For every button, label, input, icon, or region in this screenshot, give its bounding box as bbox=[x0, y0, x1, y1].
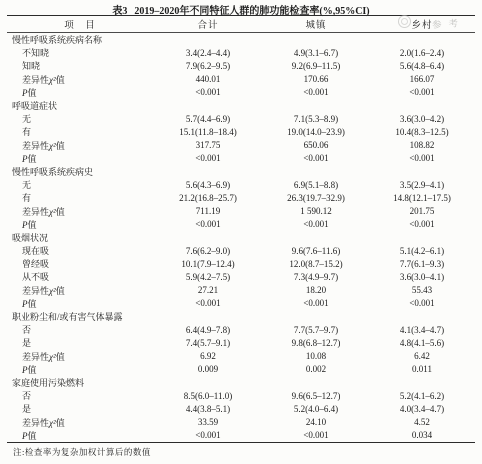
cell-value: 33.59 bbox=[153, 417, 263, 427]
section-header-row: 慢性呼吸系统疾病名称 bbox=[7, 33, 475, 46]
table-row: 知晓7.9(6.2–9.5)9.2(6.9–11.5)5.6(4.8–6.4) bbox=[7, 59, 475, 72]
cell-value: 0.009 bbox=[153, 364, 263, 374]
cell-value: 4.1(3.4–4.7) bbox=[369, 325, 475, 335]
table-row: 是7.4(5.7–9.1)9.8(6.8–12.7)4.8(4.1–5.6) bbox=[7, 336, 475, 349]
row-label: P值 bbox=[7, 363, 153, 376]
section-header-row: 家庭使用污染燃料 bbox=[7, 376, 475, 389]
row-label: 从不吸 bbox=[7, 270, 153, 283]
cell-value: 6.9(5.1–8.8) bbox=[263, 180, 369, 190]
cell-value: 10.4(8.3–12.5) bbox=[369, 127, 475, 137]
row-label: 是 bbox=[7, 402, 153, 415]
cell-value: 9.8(6.8–12.7) bbox=[263, 338, 369, 348]
cell-value: 7.3(4.9–9.7) bbox=[263, 272, 369, 282]
cell-value: 5.6(4.8–6.4) bbox=[369, 61, 475, 71]
cell-value: <0.001 bbox=[153, 219, 263, 229]
cell-value: 9.6(7.6–11.6) bbox=[263, 246, 369, 256]
row-label: 无 bbox=[7, 178, 153, 191]
row-label: 差异性χ²值 bbox=[7, 416, 153, 429]
row-label: 无 bbox=[7, 112, 153, 125]
section-label: 家庭使用污染燃料 bbox=[7, 376, 153, 389]
cell-value: 10.08 bbox=[263, 351, 369, 361]
column-header-urban: 城镇 bbox=[263, 17, 369, 31]
cell-value: 5.2(4.1–6.2) bbox=[369, 391, 475, 401]
cell-value: 5.6(4.3–6.9) bbox=[153, 180, 263, 190]
cell-value: 18.20 bbox=[263, 285, 369, 295]
table-footnote: 注:检查率为复杂加权计算后的数值 bbox=[13, 446, 151, 458]
row-label: 有 bbox=[7, 191, 153, 204]
cell-value: 27.21 bbox=[153, 285, 263, 295]
cell-value: 10.1(7.9–12.4) bbox=[153, 259, 263, 269]
cell-value: 14.8(12.1–17.5) bbox=[369, 193, 475, 203]
section-header-row: 职业粉尘和/或有害气体暴露 bbox=[7, 310, 475, 323]
cell-value: 4.8(4.1–5.6) bbox=[369, 338, 475, 348]
cell-value: 15.1(11.8–18.4) bbox=[153, 127, 263, 137]
cell-value: <0.001 bbox=[153, 298, 263, 308]
table-row: 不知晓3.4(2.4–4.4)4.9(3.1–6.7)2.0(1.6–2.4) bbox=[7, 46, 475, 59]
row-label: 差异性χ²值 bbox=[7, 284, 153, 297]
cell-value: 5.9(4.2–7.5) bbox=[153, 272, 263, 282]
table-row: 无5.6(4.3–6.9)6.9(5.1–8.8)3.5(2.9–4.1) bbox=[7, 178, 475, 191]
cell-value: 55.43 bbox=[369, 285, 475, 295]
section-label: 职业粉尘和/或有害气体暴露 bbox=[7, 310, 153, 323]
table-row: 否6.4(4.9–7.8)7.7(5.7–9.7)4.1(3.4–4.7) bbox=[7, 323, 475, 336]
row-label: 不知晓 bbox=[7, 46, 153, 59]
cell-value: 7.7(5.7–9.7) bbox=[263, 325, 369, 335]
cell-value: 170.66 bbox=[263, 74, 369, 84]
section-header-row: 慢性呼吸系统疾病史 bbox=[7, 165, 475, 178]
cell-value: 7.1(5.3–8.9) bbox=[263, 114, 369, 124]
cell-value: 24.10 bbox=[263, 417, 369, 427]
cell-value: 5.2(4.0–6.4) bbox=[263, 404, 369, 414]
watermark-seal-icon bbox=[398, 15, 411, 28]
table-row: P值0.0090.0020.011 bbox=[7, 363, 475, 376]
row-label: 差异性χ²值 bbox=[7, 205, 153, 218]
cell-value: 3.6(3.0–4.1) bbox=[369, 272, 475, 282]
row-label: 有 bbox=[7, 125, 153, 138]
cell-value: 19.0(14.0–23.9) bbox=[263, 127, 369, 137]
table-row: P值<0.001<0.0010.034 bbox=[7, 429, 475, 442]
table-row: 差异性χ²值440.01170.66166.07 bbox=[7, 73, 475, 86]
cell-value: 9.6(6.5–12.7) bbox=[263, 391, 369, 401]
cell-value: 650.06 bbox=[263, 140, 369, 150]
column-header-total: 合计 bbox=[153, 17, 263, 31]
cell-value: 4.0(3.4–4.7) bbox=[369, 404, 475, 414]
cell-value: 201.75 bbox=[369, 206, 475, 216]
cell-value: 166.07 bbox=[369, 74, 475, 84]
column-header-item: 项 目 bbox=[7, 17, 153, 31]
cell-value: 711.19 bbox=[153, 206, 263, 216]
table-row: P值<0.001<0.001<0.001 bbox=[7, 86, 475, 99]
table-row: 从不吸5.9(4.2–7.5)7.3(4.9–9.7)3.6(3.0–4.1) bbox=[7, 270, 475, 283]
row-label: 否 bbox=[7, 323, 153, 336]
table-row: 现在吸7.6(6.2–9.0)9.6(7.6–11.6)5.1(4.2–6.1) bbox=[7, 244, 475, 257]
row-label: 差异性χ²值 bbox=[7, 139, 153, 152]
row-label: P值 bbox=[7, 429, 153, 442]
cell-value: 440.01 bbox=[153, 74, 263, 84]
cell-value: <0.001 bbox=[153, 87, 263, 97]
cell-value: 1 590.12 bbox=[263, 206, 369, 216]
table-row: 有15.1(11.8–18.4)19.0(14.0–23.9)10.4(8.3–… bbox=[7, 125, 475, 138]
table-body: 慢性呼吸系统疾病名称不知晓3.4(2.4–4.4)4.9(3.1–6.7)2.0… bbox=[7, 33, 475, 442]
table-row: P值<0.001<0.001<0.001 bbox=[7, 152, 475, 165]
cell-value: <0.001 bbox=[369, 153, 475, 163]
cell-value: <0.001 bbox=[369, 298, 475, 308]
cell-value: 7.4(5.7–9.1) bbox=[153, 338, 263, 348]
table-row: 曾经吸10.1(7.9–12.4)12.0(8.7–15.2)7.7(6.1–9… bbox=[7, 257, 475, 270]
table-row: 无5.7(4.4–6.9)7.1(5.3–8.9)3.6(3.0–4.2) bbox=[7, 112, 475, 125]
cell-value: 2.0(1.6–2.4) bbox=[369, 48, 475, 58]
cell-value: 4.9(3.1–6.7) bbox=[263, 48, 369, 58]
row-label: 否 bbox=[7, 389, 153, 402]
cell-value: 9.2(6.9–11.5) bbox=[263, 61, 369, 71]
cell-value: 5.1(4.2–6.1) bbox=[369, 246, 475, 256]
cell-value: 7.7(6.1–9.3) bbox=[369, 259, 475, 269]
cell-value: <0.001 bbox=[153, 430, 263, 440]
cell-value: 6.92 bbox=[153, 351, 263, 361]
data-table: 项 目 合计 城镇 乡村 慢性呼吸系统疾病名称不知晓3.4(2.4–4.4)4.… bbox=[7, 15, 475, 443]
cell-value: 4.52 bbox=[369, 417, 475, 427]
section-label: 呼吸道症状 bbox=[7, 99, 153, 112]
cell-value: 5.7(4.4–6.9) bbox=[153, 114, 263, 124]
cell-value: <0.001 bbox=[263, 219, 369, 229]
table-row: 差异性χ²值6.9210.086.42 bbox=[7, 350, 475, 363]
row-label: 差异性χ²值 bbox=[7, 350, 153, 363]
cell-value: 3.5(2.9–4.1) bbox=[369, 180, 475, 190]
cell-value: 317.75 bbox=[153, 140, 263, 150]
cell-value: 3.6(3.0–4.2) bbox=[369, 114, 475, 124]
row-label: 现在吸 bbox=[7, 244, 153, 257]
section-label: 慢性呼吸系统疾病名称 bbox=[7, 33, 153, 46]
row-label: P值 bbox=[7, 297, 153, 310]
cell-value: 0.034 bbox=[369, 430, 475, 440]
section-label: 慢性呼吸系统疾病史 bbox=[7, 165, 153, 178]
cell-value: 3.4(2.4–4.4) bbox=[153, 48, 263, 58]
cell-value: 26.3(19.7–32.9) bbox=[263, 193, 369, 203]
cell-value: 7.6(6.2–9.0) bbox=[153, 246, 263, 256]
cell-value: <0.001 bbox=[153, 153, 263, 163]
scanned-table-page: 表32019–2020年不同特征人群的肺功能检查率(%,95%CI) 项 目 合… bbox=[0, 0, 482, 464]
table-row: 否8.5(6.0–11.0)9.6(6.5–12.7)5.2(4.1–6.2) bbox=[7, 389, 475, 402]
cell-value: 6.42 bbox=[369, 351, 475, 361]
cell-value: <0.001 bbox=[263, 87, 369, 97]
cell-value: 7.9(6.2–9.5) bbox=[153, 61, 263, 71]
table-row: P值<0.001<0.001<0.001 bbox=[7, 218, 475, 231]
table-row: 差异性χ²值711.191 590.12201.75 bbox=[7, 204, 475, 217]
cell-value: <0.001 bbox=[369, 219, 475, 229]
cell-value: 108.82 bbox=[369, 140, 475, 150]
table-row: 是4.4(3.8–5.1)5.2(4.0–6.4)4.0(3.4–4.7) bbox=[7, 402, 475, 415]
row-label: 是 bbox=[7, 336, 153, 349]
table-row: 差异性χ²值317.75650.06108.82 bbox=[7, 139, 475, 152]
cell-value: <0.001 bbox=[263, 153, 369, 163]
cell-value: 12.0(8.7–15.2) bbox=[263, 259, 369, 269]
row-label: 曾经吸 bbox=[7, 257, 153, 270]
row-label: P值 bbox=[7, 152, 153, 165]
row-label: P值 bbox=[7, 86, 153, 99]
table-row: 差异性χ²值33.5924.104.52 bbox=[7, 415, 475, 428]
cell-value: 4.4(3.8–5.1) bbox=[153, 404, 263, 414]
row-label: P值 bbox=[7, 218, 153, 231]
table-row: 有21.2(16.8–25.7)26.3(19.7–32.9)14.8(12.1… bbox=[7, 191, 475, 204]
section-label: 吸烟状况 bbox=[7, 231, 153, 244]
cell-value: <0.001 bbox=[263, 430, 369, 440]
cell-value: 8.5(6.0–11.0) bbox=[153, 391, 263, 401]
section-header-row: 呼吸道症状 bbox=[7, 99, 475, 112]
cell-value: 21.2(16.8–25.7) bbox=[153, 193, 263, 203]
table-row: P值<0.001<0.001<0.001 bbox=[7, 297, 475, 310]
cell-value: 0.002 bbox=[263, 364, 369, 374]
cell-value: 6.4(4.9–7.8) bbox=[153, 325, 263, 335]
cell-value: <0.001 bbox=[263, 298, 369, 308]
cell-value: <0.001 bbox=[369, 87, 475, 97]
section-header-row: 吸烟状况 bbox=[7, 231, 475, 244]
row-label: 差异性χ²值 bbox=[7, 73, 153, 86]
cell-value: 0.011 bbox=[369, 364, 475, 374]
table-row: 差异性χ²值27.2118.2055.43 bbox=[7, 284, 475, 297]
row-label: 知晓 bbox=[7, 59, 153, 72]
watermark-text: 参考 bbox=[432, 15, 466, 31]
